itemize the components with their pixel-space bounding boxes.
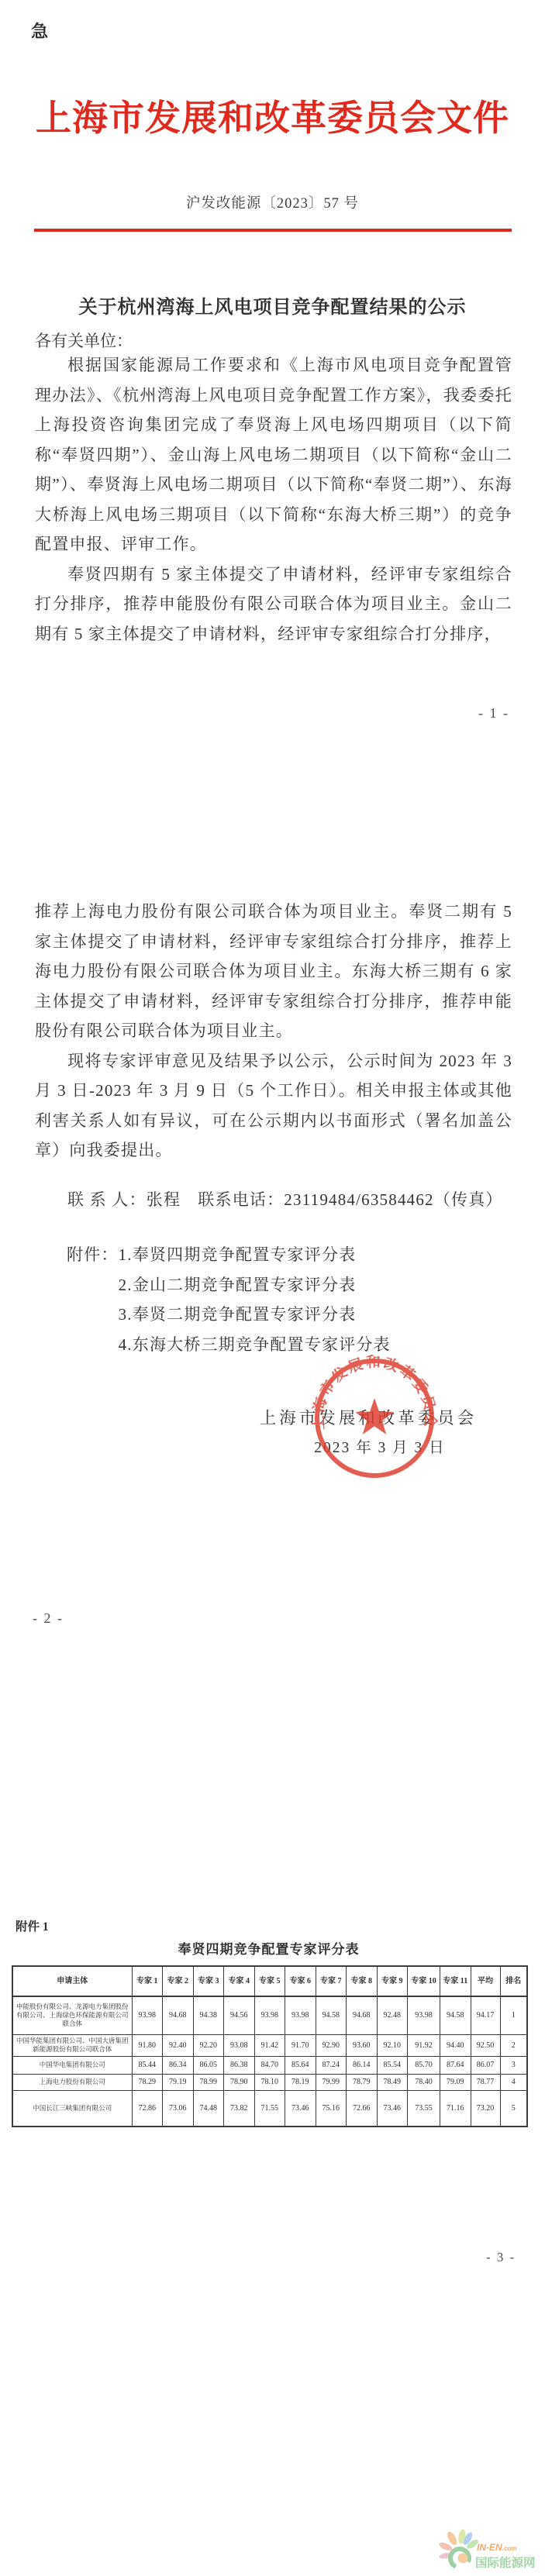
score-cell: 85.70 — [408, 2056, 440, 2074]
applicant-cell: 申能股份有限公司、龙源电力集团股份有限公司、上海绿色环保能源有限公司联合体 — [12, 1996, 132, 2034]
column-header: 专家 10 — [408, 1966, 440, 1996]
score-cell: 86.07 — [471, 2056, 500, 2074]
column-header: 专家 9 — [377, 1966, 408, 1996]
table-row: 上海电力股份有限公司78.2979.1978.9978.9078.1078.19… — [12, 2074, 527, 2090]
score-cell: 86.38 — [224, 2056, 255, 2074]
paragraph-2-part1: 奉贤四期有 5 家主体提交了申请材料，经评审专家组综合打分排序，推荐申能股份有限… — [35, 560, 512, 649]
column-header: 专家 5 — [254, 1966, 285, 1996]
score-table-container: 申请主体专家 1专家 2专家 3专家 4专家 5专家 6专家 7专家 8专家 9… — [12, 1965, 526, 2127]
attachment-item: 1.奉贤四期竞争配置专家评分表 — [119, 1240, 391, 1270]
score-cell: 86.05 — [193, 2056, 224, 2074]
score-cell: 78.90 — [224, 2074, 255, 2090]
score-cell: 86.34 — [163, 2056, 194, 2074]
score-cell: 91.92 — [408, 2034, 440, 2056]
score-cell: 85.64 — [285, 2056, 316, 2074]
watermark-line2: 国际能源网 — [475, 2555, 536, 2570]
attachments-label: 附件： — [67, 1240, 119, 1270]
score-cell: 93.08 — [224, 2034, 255, 2056]
score-cell: 78.79 — [347, 2074, 378, 2090]
score-cell: 87.64 — [440, 2056, 471, 2074]
urgency-marker: 急 — [31, 19, 48, 43]
page2-body-text: 推荐上海电力股份有限公司联合体为项目业主。奉贤二期有 5 家主体提交了申请材料，… — [35, 897, 512, 1166]
official-seal: 上海市发展和改革委员会 — [309, 1352, 440, 1484]
score-cell: 78.49 — [377, 2074, 408, 2090]
table-row: 中国长江三峡集团有限公司72.8673.0674.4873.8271.5573.… — [12, 2090, 527, 2127]
score-cell: 92.90 — [316, 2034, 347, 2056]
score-cell: 71.16 — [440, 2090, 471, 2127]
score-cell: 73.20 — [471, 2090, 500, 2127]
seal-star-icon — [355, 1398, 393, 1434]
paragraph-3: 现将专家评审意见及结果予以公示，公示时间为 2023 年 3 月 3 日-202… — [35, 1046, 512, 1166]
score-cell: 94.40 — [440, 2034, 471, 2056]
score-cell: 92.10 — [377, 2034, 408, 2056]
letterhead-divider — [34, 229, 512, 232]
score-cell: 84.70 — [254, 2056, 285, 2074]
score-cell: 78.19 — [285, 2074, 316, 2090]
score-cell: 79.09 — [440, 2074, 471, 2090]
column-header: 平均 — [471, 1966, 500, 1996]
page-number-3: - 3 - — [486, 2243, 516, 2272]
score-cell: 71.55 — [254, 2090, 285, 2127]
score-cell: 92.48 — [377, 1996, 408, 2034]
attachments-items: 1.奉贤四期竞争配置专家评分表2.金山二期竞争配置专家评分表3.奉贤二期竞争配置… — [119, 1240, 391, 1359]
score-table-body: 申能股份有限公司、龙源电力集团股份有限公司、上海绿色环保能源有限公司联合体93.… — [12, 1996, 527, 2127]
column-header: 专家 7 — [316, 1966, 347, 1996]
paragraph-2-part2: 推荐上海电力股份有限公司联合体为项目业主。奉贤二期有 5 家主体提交了申请材料，… — [35, 897, 512, 1046]
flower-icon — [438, 2529, 480, 2571]
column-header: 专家 4 — [224, 1966, 255, 1996]
score-cell: 78.29 — [132, 2074, 163, 2090]
score-cell: 85.54 — [377, 2056, 408, 2074]
score-cell: 73.46 — [285, 2090, 316, 2127]
column-header: 专家 1 — [132, 1966, 163, 1996]
column-header: 专家 8 — [347, 1966, 378, 1996]
agency-letterhead: 上海市发展和改革委员会文件 — [0, 90, 545, 141]
score-cell: 78.10 — [254, 2074, 285, 2090]
score-cell: 75.16 — [316, 2090, 347, 2127]
score-cell: 93.60 — [347, 2034, 378, 2056]
score-cell: 4 — [500, 2074, 527, 2090]
contact-line: 联 系 人：张程 联系电话：23119484/63584462（传真） — [35, 1185, 512, 1215]
score-cell: 3 — [500, 2056, 527, 2074]
score-cell: 92.50 — [471, 2034, 500, 2056]
table-row: 中国华电集团有限公司85.4486.3486.0586.3884.7085.64… — [12, 2056, 527, 2074]
score-cell: 5 — [500, 2090, 527, 2127]
score-cell: 94.38 — [193, 1996, 224, 2034]
applicant-cell: 中国长江三峡集团有限公司 — [12, 2090, 132, 2127]
document-number: 沪发改能源〔2023〕57 号 — [0, 192, 545, 212]
applicant-cell: 中国华能集团有限公司、中国大唐集团新能源股份有限公司联合体 — [12, 2034, 132, 2056]
score-cell: 91.42 — [254, 2034, 285, 2056]
score-cell: 78.77 — [471, 2074, 500, 2090]
score-cell: 91.70 — [285, 2034, 316, 2056]
score-cell: 94.17 — [471, 1996, 500, 2034]
score-cell: 73.55 — [408, 2090, 440, 2127]
paragraph-1: 根据国家能源局工作要求和《上海市风电项目竞争配置管理办法》、《杭州湾海上风电项目… — [35, 350, 512, 560]
score-cell: 93.98 — [408, 1996, 440, 2034]
page1-body-text: 根据国家能源局工作要求和《上海市风电项目竞争配置管理办法》、《杭州湾海上风电项目… — [35, 350, 512, 649]
score-cell: 94.56 — [224, 1996, 255, 2034]
score-cell: 78.40 — [408, 2074, 440, 2090]
score-cell: 73.06 — [163, 2090, 194, 2127]
score-table-header-row: 申请主体专家 1专家 2专家 3专家 4专家 5专家 6专家 7专家 8专家 9… — [12, 1966, 527, 1996]
score-cell: 79.19 — [163, 2074, 194, 2090]
score-cell: 74.48 — [193, 2090, 224, 2127]
attachment-item: 3.奉贤二期竞争配置专家评分表 — [119, 1300, 391, 1330]
applicant-cell: 上海电力股份有限公司 — [12, 2074, 132, 2090]
score-cell: 72.86 — [132, 2090, 163, 2127]
score-cell: 94.68 — [347, 1996, 378, 2034]
score-cell: 93.98 — [254, 1996, 285, 2034]
score-cell: 93.98 — [285, 1996, 316, 2034]
score-cell: 93.98 — [132, 1996, 163, 2034]
column-header: 排名 — [500, 1966, 527, 1996]
score-cell: 72.66 — [347, 2090, 378, 2127]
attachment-item: 2.金山二期竞争配置专家评分表 — [119, 1270, 391, 1300]
score-cell: 73.46 — [377, 2090, 408, 2127]
column-header: 专家 2 — [163, 1966, 194, 1996]
score-table-title: 奉贤四期竞争配置专家评分表 — [12, 1938, 526, 1958]
score-cell: 78.99 — [193, 2074, 224, 2090]
page-number-1: - 1 - — [35, 698, 509, 728]
score-cell: 2 — [500, 2034, 527, 2056]
score-cell: 91.80 — [132, 2034, 163, 2056]
score-cell: 92.20 — [193, 2034, 224, 2056]
score-cell: 92.40 — [163, 2034, 194, 2056]
document-scan-page: { "document": { "urgency": "急", "agency_… — [0, 0, 545, 2576]
column-header: 专家 11 — [440, 1966, 471, 1996]
score-cell: 94.58 — [440, 1996, 471, 2034]
column-header: 专家 3 — [193, 1966, 224, 1996]
expert-score-table: 申请主体专家 1专家 2专家 3专家 4专家 5专家 6专家 7专家 8专家 9… — [12, 1965, 528, 2127]
column-header: 申请主体 — [12, 1966, 132, 1996]
score-cell: 73.82 — [224, 2090, 255, 2127]
attachment1-label: 附件 1 — [16, 1917, 49, 1934]
score-cell: 1 — [500, 1996, 527, 2034]
score-cell: 79.99 — [316, 2074, 347, 2090]
site-watermark-logo: IN-EN.com 国际能源网 — [429, 2526, 545, 2574]
score-cell: 85.44 — [132, 2056, 163, 2074]
document-title: 关于杭州湾海上风电项目竞争配置结果的公示 — [0, 291, 545, 319]
page-number-2: - 2 - — [33, 1603, 64, 1633]
score-cell: 86.14 — [347, 2056, 378, 2074]
score-cell: 94.68 — [163, 1996, 194, 2034]
table-row: 申能股份有限公司、龙源电力集团股份有限公司、上海绿色环保能源有限公司联合体93.… — [12, 1996, 527, 2034]
table-row: 中国华能集团有限公司、中国大唐集团新能源股份有限公司联合体91.8092.409… — [12, 2034, 527, 2056]
attachments-block: 附件： 1.奉贤四期竞争配置专家评分表2.金山二期竞争配置专家评分表3.奉贤二期… — [67, 1240, 391, 1359]
watermark-line1: IN-EN.com — [477, 2542, 516, 2553]
column-header: 专家 6 — [285, 1966, 316, 1996]
score-cell: 87.24 — [316, 2056, 347, 2074]
applicant-cell: 中国华电集团有限公司 — [12, 2056, 132, 2074]
score-cell: 94.58 — [316, 1996, 347, 2034]
